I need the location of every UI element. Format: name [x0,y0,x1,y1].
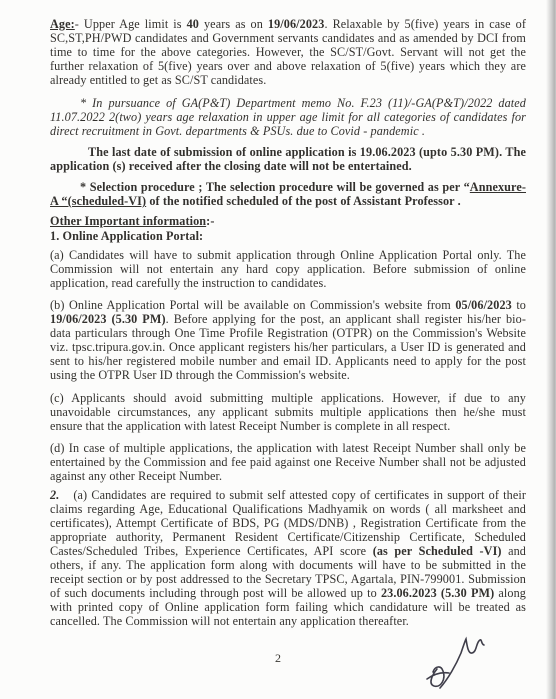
paragraph-c: (c) Applicants should avoid submitting m… [50,391,526,433]
item-2-number: 2. [50,488,59,502]
age-text-2: years as on [199,17,268,31]
b-text-2: to [512,298,526,312]
selection-procedure-paragraph: * Selection procedure ; The selection pr… [50,180,526,208]
b-text-1: (b) Online Application Portal will be av… [50,298,455,312]
selection-text-2: of the notified scheduled of the post of… [146,194,461,208]
selection-text-1: * Selection procedure ; The selection pr… [80,180,470,194]
portal-open-date: 05/06/2023 [455,298,512,312]
age-text-1: - Upper Age limit is [75,17,187,31]
paragraph-2: 2.(a) Candidates are required to submit … [50,488,526,628]
age-limit-paragraph: Age:- Upper Age limit is 40 years as on … [50,17,526,87]
paragraph-d: (d) In case of multiple applications, th… [50,441,526,483]
other-info-suffix: :- [206,214,214,228]
signature-icon [423,630,495,692]
paragraph-b: (b) Online Application Portal will be av… [50,298,526,382]
pursuance-note-paragraph: * In pursuance of GA(P&T) Department mem… [50,96,526,138]
last-date-paragraph: The last date of submission of online ap… [50,145,526,173]
age-label: Age: [50,17,75,31]
documents-deadline: 23.06.2023 (5.30 PM) [381,586,494,600]
api-score-reference: (as per Scheduled -VI) [373,544,502,558]
online-portal-heading: 1. Online Application Portal: [50,229,526,243]
portal-close-date: 19/06/2023 (5.30 PM) [50,312,166,326]
paragraph-a: (a) Candidates will have to submit appli… [50,248,526,290]
other-important-info-heading: Other Important information:- [50,214,526,228]
age-cutoff-date: 19/06/2023 [268,17,325,31]
document-page: Age:- Upper Age limit is 40 years as on … [0,0,556,699]
scan-edge-shadow [546,0,556,699]
other-info-label: Other Important information [50,214,206,228]
age-value: 40 [187,17,199,31]
